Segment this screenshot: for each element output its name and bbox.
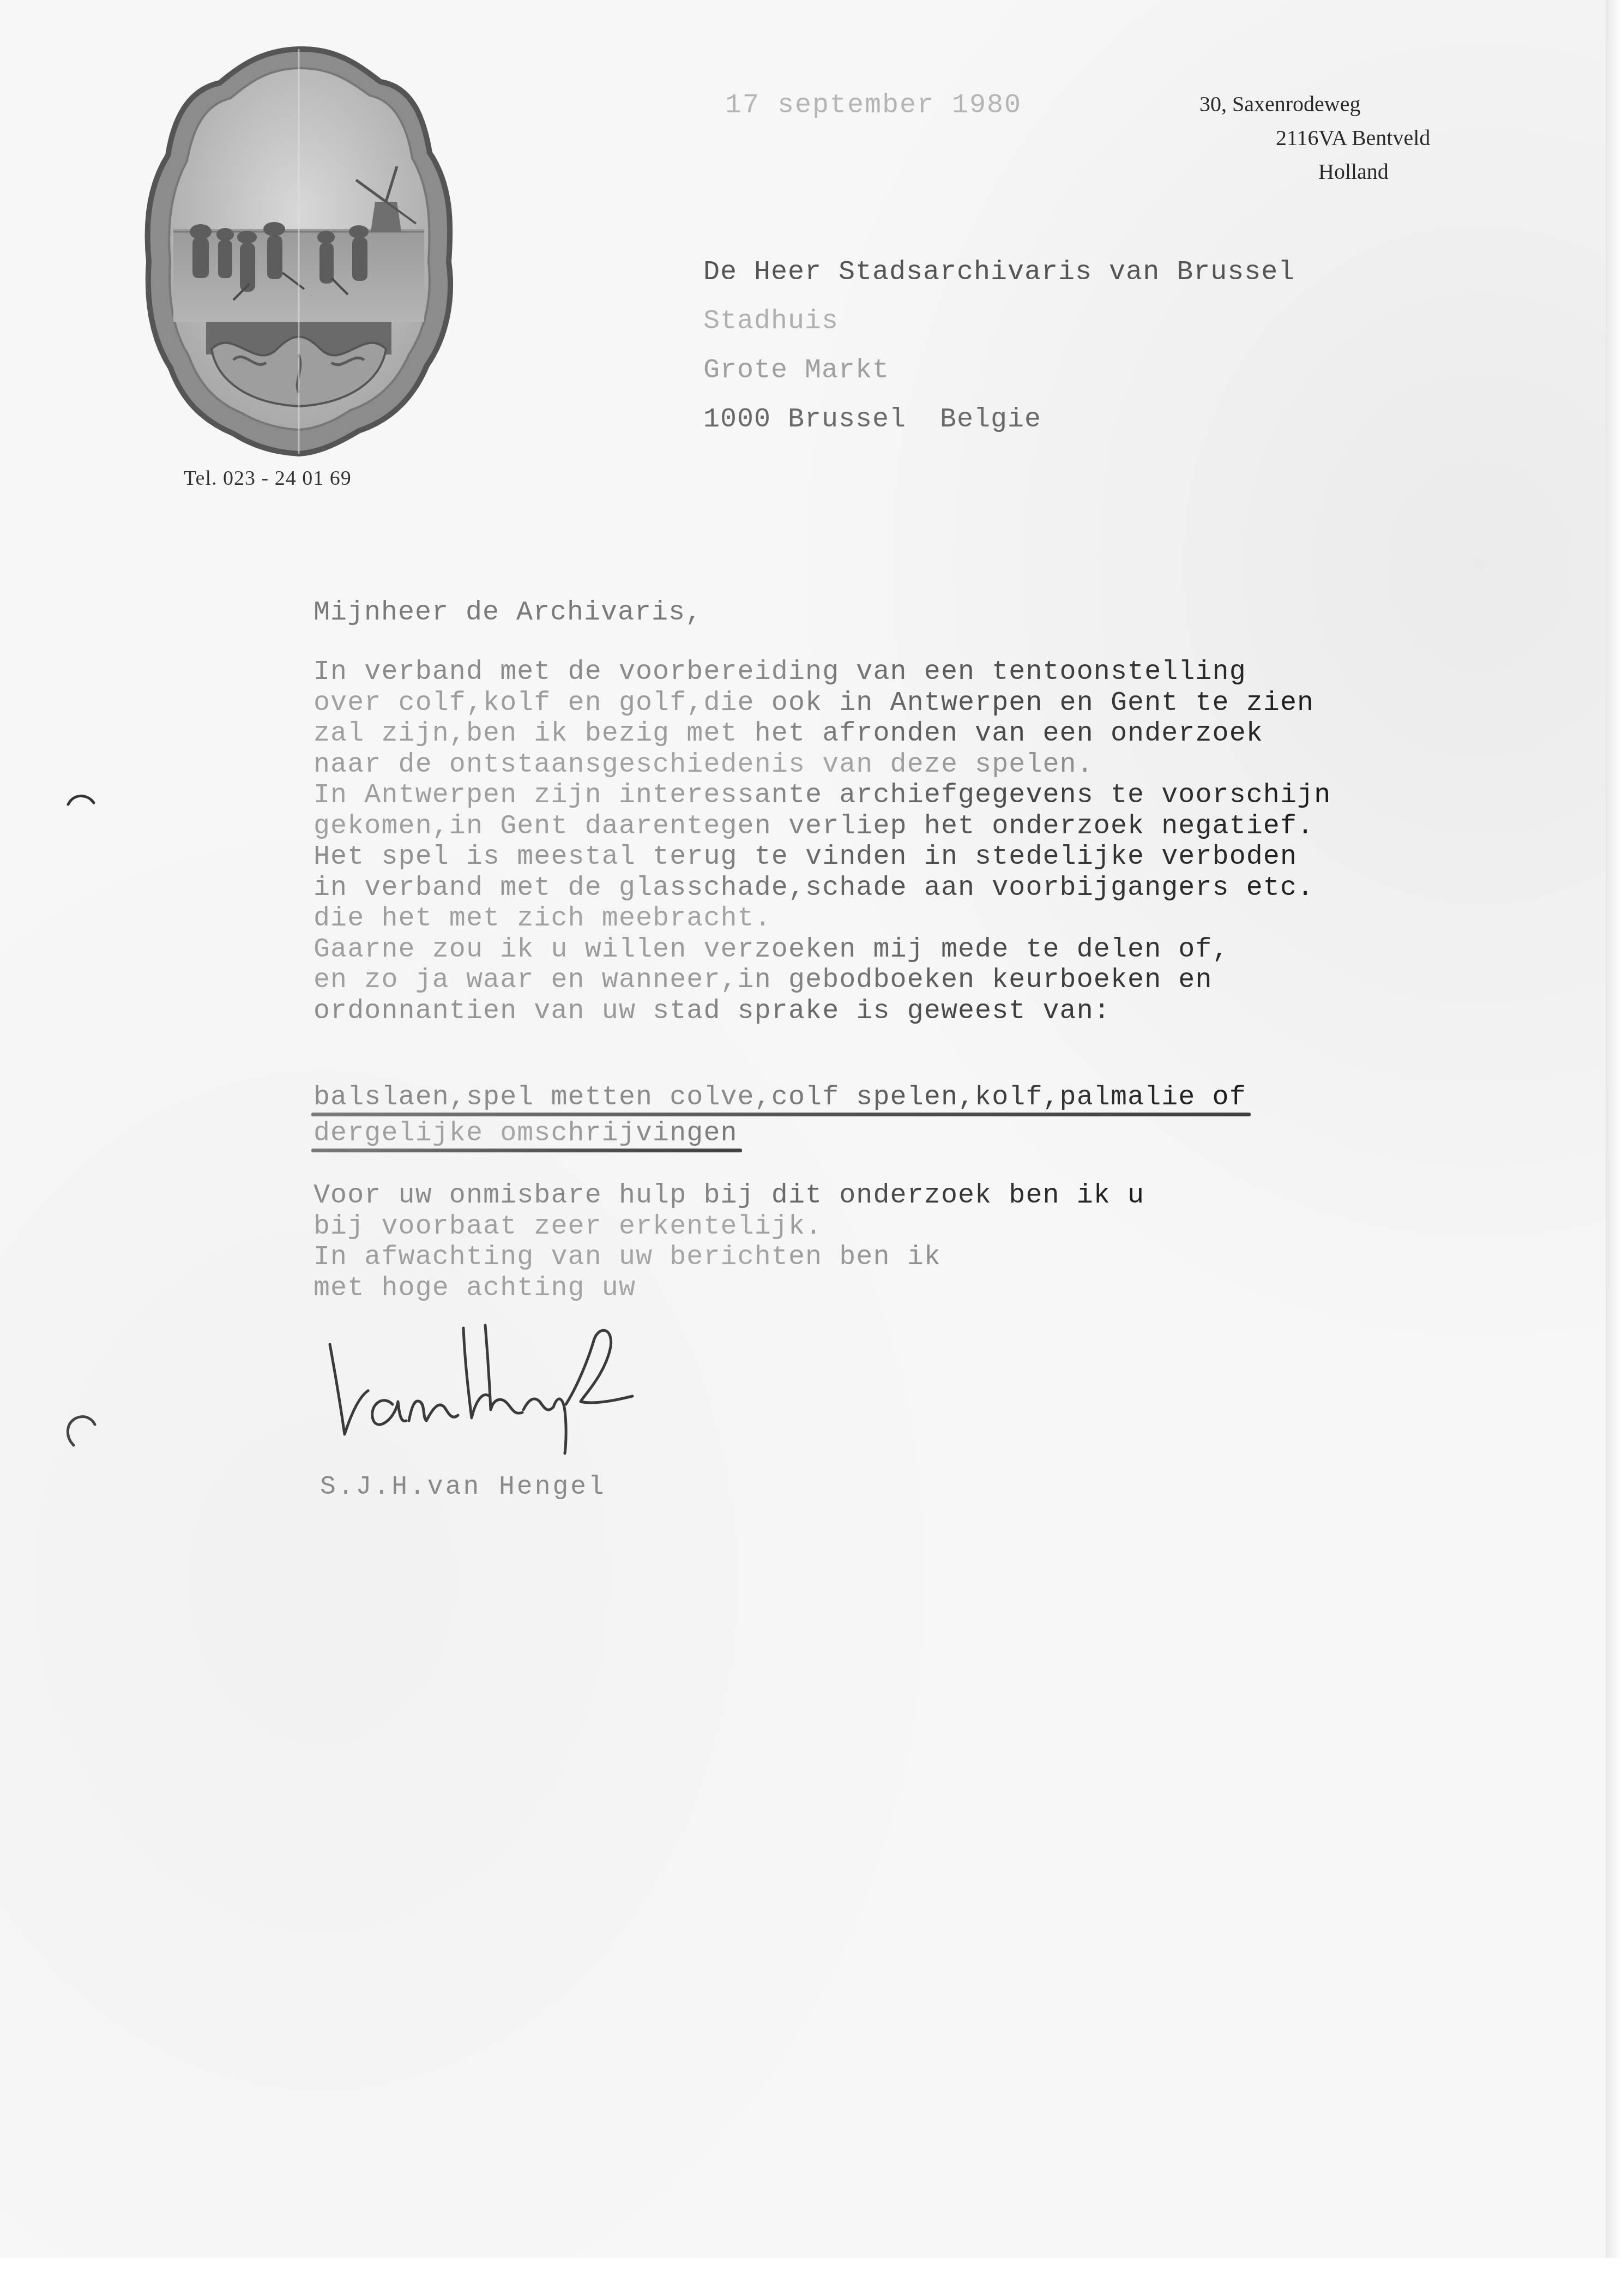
- handwritten-signature-icon: [305, 1314, 643, 1456]
- golf-scene-emblem-icon: [141, 44, 457, 458]
- body-line: Het spel is meestal terug te vinden in s…: [313, 842, 1331, 873]
- body-line: naar de ontstaansgeschiedenis van deze s…: [313, 750, 1331, 781]
- sender-street: 30, Saxenrodeweg: [1199, 87, 1483, 121]
- body-line: gekomen,in Gent daarentegen verliep het …: [313, 812, 1331, 843]
- punch-hole-icon: [55, 785, 104, 834]
- page-edge-shadow: [1606, 0, 1622, 2258]
- closing-line: bij voorbaat zeer erkentelijk.: [313, 1212, 1144, 1243]
- letter-closing: Voor uw onmisbare hulp bij dit onderzoek…: [313, 1181, 1144, 1304]
- recipient-building: Stadhuis: [703, 297, 1295, 346]
- sender-country: Holland: [1199, 155, 1483, 189]
- terms-line: dergelijke omschrijvingen: [313, 1119, 738, 1155]
- recipient-name: De Heer Stadsarchivaris van Brussel: [703, 248, 1295, 297]
- recipient-country: Belgie: [940, 404, 1041, 435]
- typed-signature-name: S.J.H.van Hengel: [320, 1472, 606, 1502]
- body-line: In verband met de voorbereiding van een …: [313, 657, 1331, 688]
- letter-date: 17 september 1980: [725, 90, 1022, 121]
- body-line: die het met zich meebracht.: [313, 904, 1331, 935]
- sender-address: 30, Saxenrodeweg 2116VA Bentveld Holland: [1199, 87, 1483, 189]
- body-line: In Antwerpen zijn interessante archiefge…: [313, 780, 1331, 812]
- recipient-address: De Heer Stadsarchivaris van Brussel Stad…: [703, 248, 1295, 444]
- underlined-terms: balslaen,spel metten colve,colf spelen,k…: [313, 1083, 1246, 1155]
- scan-margin: [0, 2258, 1622, 2296]
- letter-body: In verband met de voorbereiding van een …: [313, 657, 1331, 1027]
- body-line: ordonnantien van uw stad sprake is gewee…: [313, 996, 1331, 1027]
- sender-postcode-city: 2116VA Bentveld: [1199, 121, 1483, 155]
- body-line: en zo ja waar en wanneer,in gebodboeken …: [313, 965, 1331, 996]
- salutation: Mijnheer de Archivaris,: [313, 597, 702, 628]
- body-line: zal zijn,ben ik bezig met het afronden v…: [313, 719, 1331, 750]
- closing-line: Voor uw onmisbare hulp bij dit onderzoek…: [313, 1181, 1144, 1212]
- punch-hole-icon: [55, 1407, 104, 1456]
- recipient-street: Grote Markt: [703, 346, 1295, 395]
- recipient-city: 1000 Brussel: [703, 404, 906, 435]
- body-line: over colf,kolf en golf,die ook in Antwer…: [313, 688, 1331, 719]
- terms-line: balslaen,spel metten colve,colf spelen,k…: [313, 1083, 1246, 1119]
- recipient-city-line: 1000 BrusselBelgie: [703, 395, 1295, 444]
- body-line: in verband met de glasschade,schade aan …: [313, 873, 1331, 904]
- body-line: Gaarne zou ik u willen verzoeken mij med…: [313, 935, 1331, 966]
- telephone-number: Tel. 023 - 24 01 69: [184, 466, 352, 490]
- closing-line: met hoge achting uw: [313, 1273, 1144, 1305]
- closing-line: In afwachting van uw berichten ben ik: [313, 1242, 1144, 1273]
